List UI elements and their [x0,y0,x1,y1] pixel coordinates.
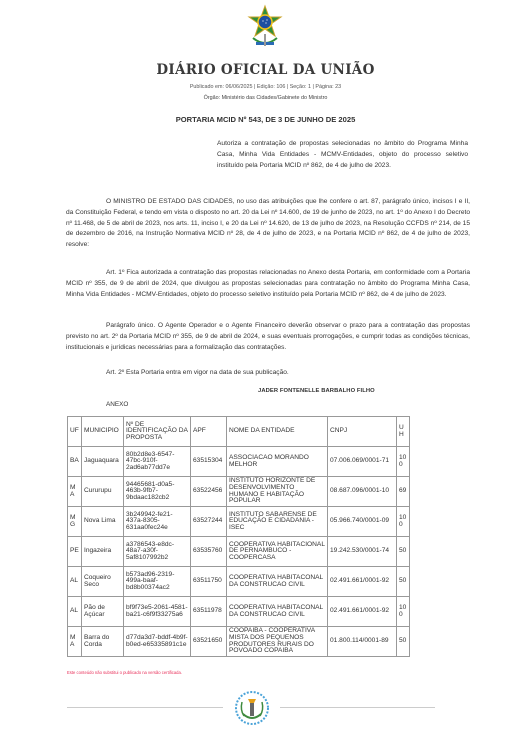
column-header: CNPJ [328,417,397,447]
table-header-row: UF MUNICIPIO Nº DE IDENTIFICAÇÃO DA PROP… [68,417,410,447]
proposal-id-cell: 94465681-d0a5-463b-9fb7-9bdaac182cb2 [124,477,191,507]
proposal-id-cell: a3786543-e8dc-48a7-a30f-5af8107992b2 [124,537,191,567]
cnpj-cell: 08.687.096/0001-10 [328,477,397,507]
apf-cell: 63515304 [191,447,227,477]
publication-info: Publicado em: 06/06/2025 | Edição: 106 |… [0,84,531,90]
column-header: MUNICIPIO [82,417,124,447]
cnpj-cell: 07.006.069/0001-71 [328,447,397,477]
municipio-cell: Nova Lima [82,507,124,537]
annex-table: UF MUNICIPIO Nº DE IDENTIFICAÇÃO DA PROP… [67,416,410,657]
gazette-title: DIÁRIO OFICIAL DA UNIÃO [0,62,531,78]
annex-label: ANEXO [106,401,128,408]
municipio-cell: Ingazeira [82,537,124,567]
uh-cell: 100 [397,597,410,627]
municipio-cell: Pão de Açúcar [82,597,124,627]
uf-cell: PE [68,537,82,567]
proposal-id-cell: b573ad96-2319-499a-baaf-bd8b00374ac2 [124,567,191,597]
certification-disclaimer: Este conteúdo não substitui o publicado … [67,670,182,675]
act-title: PORTARIA MCID Nº 543, DE 3 DE JUNHO DE 2… [0,115,531,124]
entity-name-cell: COOPERATIVA HABITACIONAL DE PERNAMBUCO -… [227,537,328,567]
table-row: ALCoqueiro Secob573ad96-2319-499a-baaf-b… [68,567,410,597]
uh-cell: 69 [397,477,410,507]
proposal-id-cell: 3b249942-fe21-437a-8305-631aa0fec24e [124,507,191,537]
preamble-paragraph: O MINISTRO DE ESTADO DAS CIDADES, no uso… [66,197,470,251]
apf-cell: 63535760 [191,537,227,567]
cnpj-cell: 02.491.661/0001-92 [328,597,397,627]
column-header: APF [191,417,227,447]
table-row: MABarra do Cordad77da3d7-bddf-4b9f-b0ed-… [68,627,410,657]
entity-name-cell: COOPERATIVA HABITACONAL DA CONSTRUCAO CI… [227,567,328,597]
apf-cell: 63521650 [191,627,227,657]
preamble-text: O MINISTRO DE ESTADO DAS CIDADES, no uso… [66,197,470,251]
apf-cell: 63522456 [191,477,227,507]
uf-cell: MG [68,507,82,537]
uh-cell: 50 [397,537,410,567]
uh-cell: 50 [397,567,410,597]
uf-cell: BA [68,447,82,477]
sole-paragraph-text: Parágrafo único. O Agente Operador e o A… [66,321,470,353]
issuing-organ: Órgão: Ministério das Cidades/Gabinete d… [0,95,531,101]
entity-name-cell: COOPERATIVA HABITACONAL DA CONSTRUCAO CI… [227,597,328,627]
table-row: MGNova Lima3b249942-fe21-437a-8305-631aa… [68,507,410,537]
column-header: UF [68,417,82,447]
table-row: ALPão de Açúcarbf9f73e5-2061-4581-ba21-c… [68,597,410,627]
footer-divider-right [280,707,435,708]
uh-cell: 50 [397,627,410,657]
table-row: PEIngazeiraa3786543-e8dc-48a7-a30f-5af81… [68,537,410,567]
proposal-id-cell: 80b2d8e3-6547-47bc-910f-2ad6ab77dd7e [124,447,191,477]
proposal-id-cell: d77da3d7-bddf-4b9f-b0ed-e65335891c1e [124,627,191,657]
article-1: Art. 1º Fica autorizada a contratação da… [66,268,470,300]
article-1-text: Art. 1º Fica autorizada a contratação da… [66,268,470,300]
municipio-cell: Jaguaquara [82,447,124,477]
proposal-id-cell: bf9f73e5-2061-4581-ba21-c6f9f33275a6 [124,597,191,627]
imprensa-nacional-seal-icon [234,690,270,726]
entity-name-cell: ASSOCIACAO MORANDO MELHOR [227,447,328,477]
uf-cell: AL [68,597,82,627]
uf-cell: MA [68,477,82,507]
entity-name-cell: COOPAIBA - COOPERATIVA MISTA DOS PEQUENO… [227,627,328,657]
apf-cell: 63511978 [191,597,227,627]
cnpj-cell: 02.491.661/0001-92 [328,567,397,597]
brazil-coat-of-arms-icon [247,4,283,52]
apf-cell: 63527244 [191,507,227,537]
uf-cell: MA [68,627,82,657]
municipio-cell: Cururupu [82,477,124,507]
article-2-text: Art. 2º Esta Portaria entra em vigor na … [66,368,470,379]
signatory-name: JADER FONTENELLE BARBALHO FILHO [258,388,375,394]
article-2: Art. 2º Esta Portaria entra em vigor na … [66,368,470,379]
municipio-cell: Coqueiro Seco [82,567,124,597]
apf-cell: 63511750 [191,567,227,597]
cnpj-cell: 19.242.530/0001-74 [328,537,397,567]
uh-cell: 100 [397,447,410,477]
footer-divider-left [67,707,223,708]
entity-name-cell: INSTITUTO SABARENSE DE EDUCAÇÃO E CIDADA… [227,507,328,537]
act-summary: Autoriza a contratação de propostas sele… [217,139,468,171]
uf-cell: AL [68,567,82,597]
column-header: UH [397,417,410,447]
cnpj-cell: 01.800.114/0001-89 [328,627,397,657]
municipio-cell: Barra do Corda [82,627,124,657]
sole-paragraph: Parágrafo único. O Agente Operador e o A… [66,321,470,353]
cnpj-cell: 05.966.740/0001-09 [328,507,397,537]
column-header: Nº DE IDENTIFICAÇÃO DA PROPOSTA [124,417,191,447]
column-header: NOME DA ENTIDADE [227,417,328,447]
dou-page: DIÁRIO OFICIAL DA UNIÃO Publicado em: 06… [0,0,531,734]
uh-cell: 100 [397,507,410,537]
table-row: MACururupu94465681-d0a5-463b-9fb7-9bdaac… [68,477,410,507]
table-row: BAJaguaquara80b2d8e3-6547-47bc-910f-2ad6… [68,447,410,477]
entity-name-cell: INSTITUTO HORIZONTE DE DESENVOLVIMENTO H… [227,477,328,507]
